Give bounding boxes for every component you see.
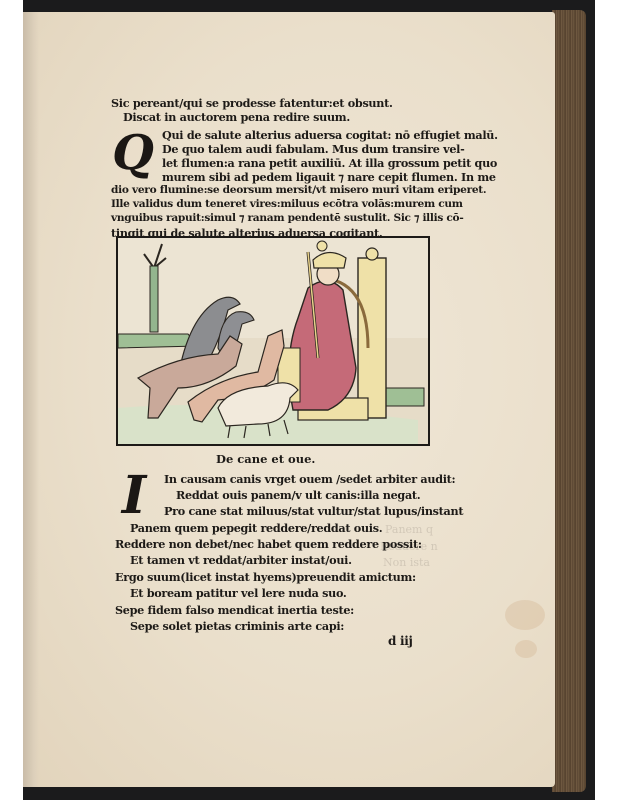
foxing-stain — [505, 600, 545, 630]
verse-line: Et boream patitur vel lere nuda suo. — [130, 586, 347, 600]
text-line: vnguibus rapuit:simul ⁊ ranam pendentē s… — [111, 212, 463, 224]
verse-line: In causam canis vrget ouem /sedet arbite… — [164, 472, 455, 486]
text-line: Sic pereant/qui se prodesse fatentur:et … — [111, 96, 393, 110]
signature-mark: d iij — [388, 634, 413, 648]
bleed-through-text: Panem q — [385, 523, 433, 536]
text-line: De quo talem audi fabulam. Mus dum trans… — [162, 142, 464, 156]
decorated-initial-q: Q — [108, 128, 158, 178]
foxing-stain — [515, 640, 537, 658]
verse-line: Sepe solet pietas criminis arte capi: — [130, 619, 344, 633]
text-line: dio vero flumine:se deorsum mersit/vt mi… — [111, 184, 486, 196]
verse-line: Reddere non debet/nec habet quem reddere… — [115, 537, 422, 551]
text-line: Ille validus dum teneret vires:miluus ec… — [111, 198, 463, 210]
page-gutter-shadow — [23, 12, 39, 787]
verse-line: Sepe fidem falso mendicat inertia teste: — [115, 603, 354, 617]
woodcut-illustration — [116, 236, 430, 446]
verse-line: Panem quem pepegit reddere/reddat ouis. — [130, 521, 382, 535]
verse-line: Pro cane stat miluus/stat vultur/stat lu… — [164, 504, 463, 518]
bleed-through-text: Non ista — [383, 556, 430, 569]
text-line: Discat in auctorem pena redire suum. — [123, 110, 350, 124]
verse-line: Ergo suum(licet instat hyems)preuendit a… — [115, 570, 416, 584]
text-line: murem sibi ad pedem ligauit ⁊ nare cepit… — [162, 170, 496, 184]
text-line: Qui de salute alterius aduersa cogitat: … — [162, 128, 498, 142]
verse-line: Et tamen vt reddat/arbiter instat/oui. — [130, 553, 352, 567]
judge-and-animals-woodcut — [118, 238, 428, 444]
decorated-initial-i: I — [110, 468, 158, 524]
verse-line: Reddat ouis panem/v ult canis:illa negat… — [176, 488, 420, 502]
fable-title: De cane et oue. — [216, 452, 315, 466]
text-line: let flumen:a rana petit auxiliū. At illa… — [162, 156, 497, 170]
book-page-edges — [552, 10, 586, 792]
